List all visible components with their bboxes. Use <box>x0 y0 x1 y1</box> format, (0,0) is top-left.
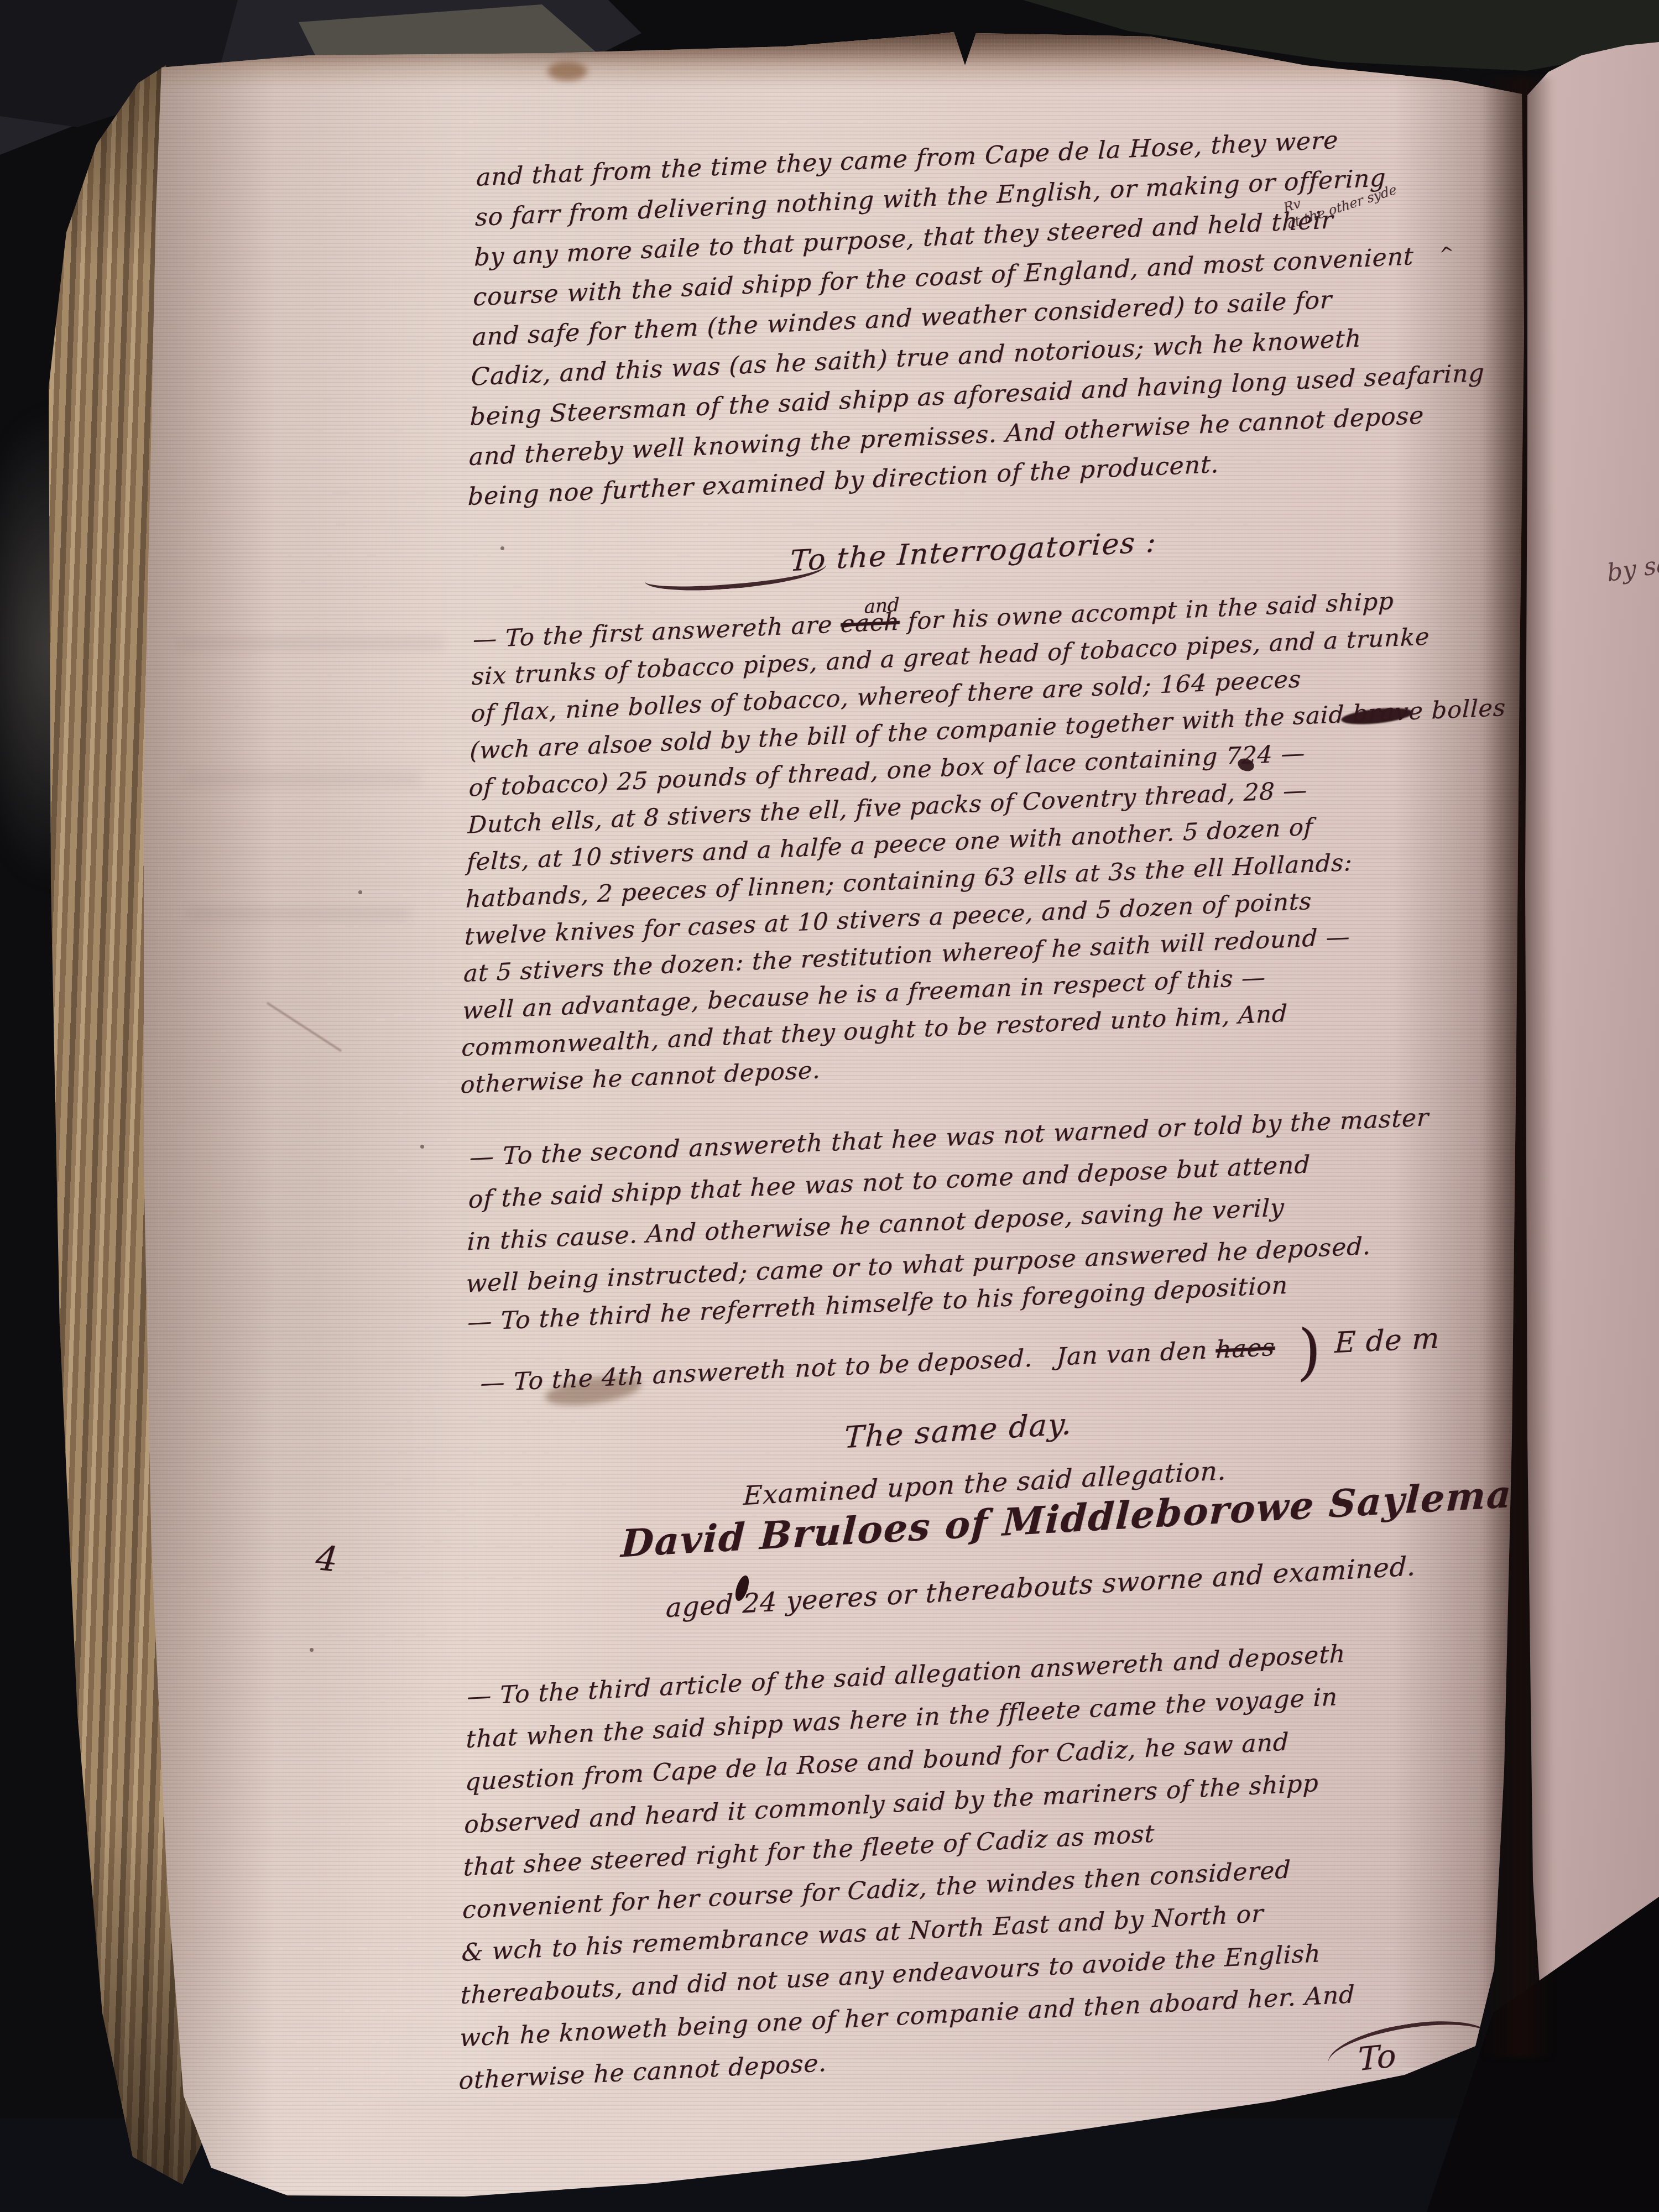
ink-speck <box>358 890 362 894</box>
opening-paragraph: and that from the time they came from Ca… <box>467 114 1491 517</box>
struck-word: each <box>840 608 900 639</box>
third-article-paragraph: — To the third article of the said alleg… <box>458 1632 1363 2103</box>
closing-bracket-mark: ) <box>1297 1316 1323 1387</box>
struck-surname: haes <box>1215 1333 1275 1364</box>
manuscript-photo: and that from the time they came from Ca… <box>0 0 1659 2212</box>
fourth-answer-text: — To the 4th answereth not to be deposed… <box>480 1344 1033 1397</box>
first-interrogatory-lines: six trunks of tobacco pipes, and a great… <box>460 615 1509 1104</box>
first-interrogatory-paragraph: — To the first answereth are each for hi… <box>460 578 1510 1104</box>
margin-folio-mark: 4 <box>314 1537 340 1580</box>
ink-speck <box>420 1145 424 1149</box>
catchword: To <box>1358 2037 1396 2078</box>
clerk-flourish-mark: E de m <box>1334 1322 1441 1360</box>
top-edge-stain <box>547 62 587 81</box>
manuscript-page: and that from the time they came from Ca… <box>0 0 1659 2212</box>
bleed-through-ghost-line <box>177 636 442 650</box>
ink-speck <box>310 1648 314 1652</box>
bleed-through-ghost-line <box>188 907 409 921</box>
ink-speck <box>500 546 504 550</box>
bleed-through-ghost-line <box>182 771 420 786</box>
deponent-name-tail: Jan van den <box>1056 1336 1208 1371</box>
gutter-shadow <box>1482 77 1554 2057</box>
